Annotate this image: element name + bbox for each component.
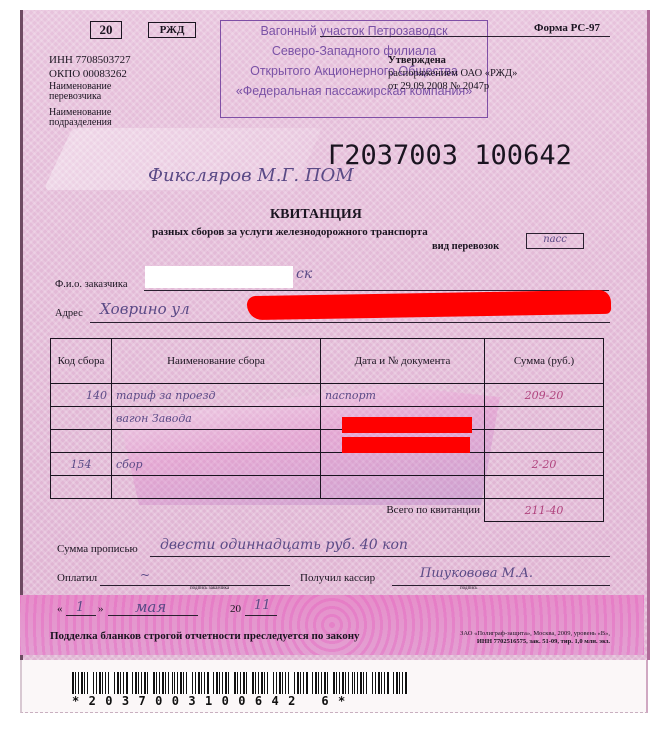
fee-amount: 2-20 <box>485 453 604 476</box>
col-header-code: Код сбора <box>51 339 112 384</box>
approval-line: Утверждена <box>388 54 517 67</box>
fee-amount <box>485 407 604 430</box>
address-field[interactable]: Ховрино ул <box>100 300 190 318</box>
fee-document: паспорт <box>321 384 485 407</box>
table-header-row: Код сбора Наименование сбора Дата и № до… <box>51 339 604 384</box>
customer-name-field[interactable]: ск <box>296 266 312 282</box>
fee-code: 140 <box>51 384 112 407</box>
fee-name <box>112 430 321 453</box>
approval-line: распоряжением ОАО «РЖД» <box>388 67 517 80</box>
fee-document <box>321 453 485 476</box>
table-row: 140 тариф за проезд паспорт 209-20 <box>51 384 604 407</box>
customer-name-redaction <box>145 266 293 288</box>
okpo: ОКПО 00083262 <box>49 68 127 80</box>
cashier-sublabel: подпись <box>460 586 477 591</box>
inn: ИНН 7708503727 <box>49 54 131 66</box>
paid-signature: ~ <box>140 568 150 582</box>
receipt-subtitle: разных сборов за услуги железнодорожного… <box>152 226 428 238</box>
fee-code <box>51 476 112 499</box>
receipt-title: КВИТАНЦИЯ <box>270 207 362 223</box>
table-row <box>51 430 604 453</box>
guilloche-band <box>20 595 644 655</box>
amount-words-label: Сумма прописью <box>57 543 138 555</box>
date-close-quote: » <box>98 603 104 615</box>
barcode-separators <box>72 672 408 694</box>
handwritten-cashier-note: Фиксляров М.Г. ПОМ <box>148 165 354 186</box>
total-amount: 211-40 <box>485 499 604 522</box>
date-day-line <box>66 615 96 616</box>
table-row <box>51 476 604 499</box>
fee-amount: 209-20 <box>485 384 604 407</box>
table-row: вагон Завода <box>51 407 604 430</box>
customer-name-label: Ф.и.о. заказчика <box>55 279 128 290</box>
date-year-line <box>245 615 277 616</box>
cashier-signature-line <box>392 585 610 586</box>
printer-line: ИНН 7702516575, зак. 51-09, тир. 1,0 млн… <box>400 638 610 646</box>
date-day-field[interactable]: 1 <box>76 600 84 615</box>
fees-table: Код сбора Наименование сбора Дата и № до… <box>50 338 604 522</box>
document-redaction-2 <box>342 437 470 453</box>
forgery-warning: Подделка бланков строгой отчетности прес… <box>50 630 360 642</box>
printer-line: ЗАО «Полиграф-защита», Москва, 2009, уро… <box>400 630 610 638</box>
form-code-underline <box>320 36 610 37</box>
fee-name <box>112 476 321 499</box>
address-line <box>90 322 610 323</box>
carrier-box: РЖД <box>148 22 196 38</box>
paid-sublabel: подпись заказчика <box>190 586 229 591</box>
paid-label: Оплатил <box>57 572 97 584</box>
col-header-fee-name: Наименование сбора <box>112 339 321 384</box>
table-row: 154 сбор 2-20 <box>51 453 604 476</box>
transport-type-field[interactable]: пасс <box>526 233 584 249</box>
transport-type-label: вид перевозок <box>432 241 499 252</box>
cashier-signature: Пшуковова М.А. <box>420 566 533 581</box>
fee-name: сбор <box>112 453 321 476</box>
address-label: Адрес <box>55 308 83 319</box>
col-header-amount: Сумма (руб.) <box>485 339 604 384</box>
printer-info: ЗАО «Полиграф-защита», Москва, 2009, уро… <box>400 630 610 646</box>
carrier-name-label: Наименование перевозчика <box>49 82 119 102</box>
cashier-label: Получил кассир <box>300 572 375 584</box>
fee-document <box>321 476 485 499</box>
fee-code: 154 <box>51 453 112 476</box>
amount-words-field[interactable]: двести одиннадцать руб. 40 коп <box>160 537 408 553</box>
table-total-row: Всего по квитанции 211-40 <box>51 499 604 522</box>
date-year-prefix: 20 <box>230 603 241 615</box>
date-year-field[interactable]: 11 <box>254 598 271 613</box>
approval-block: Утверждена распоряжением ОАО «РЖД» от 29… <box>388 54 517 93</box>
fee-name: вагон Завода <box>112 407 321 430</box>
total-label: Всего по квитанции <box>51 499 485 522</box>
barcode-digits: *2037003100642 6* <box>72 694 408 708</box>
division-name-label: Наименование подразделения <box>49 108 129 128</box>
form-code: Форма РС-97 <box>534 22 600 34</box>
form-number-box: 20 <box>90 21 122 39</box>
fee-code <box>51 430 112 453</box>
amount-words-line <box>150 556 610 557</box>
document-redaction-1 <box>342 417 472 433</box>
col-header-document: Дата и № документа <box>321 339 485 384</box>
fee-name: тариф за проезд <box>112 384 321 407</box>
date-open-quote: « <box>57 603 63 615</box>
fee-amount <box>485 430 604 453</box>
stamp-line: Вагонный участок Петрозаводск <box>221 21 487 41</box>
date-month-field[interactable]: мая <box>135 598 166 616</box>
fee-code <box>51 407 112 430</box>
approval-line: от 29.09.2008 № 2047р <box>388 80 517 93</box>
fee-amount <box>485 476 604 499</box>
serial-number: Г2037003 100642 <box>328 140 572 171</box>
